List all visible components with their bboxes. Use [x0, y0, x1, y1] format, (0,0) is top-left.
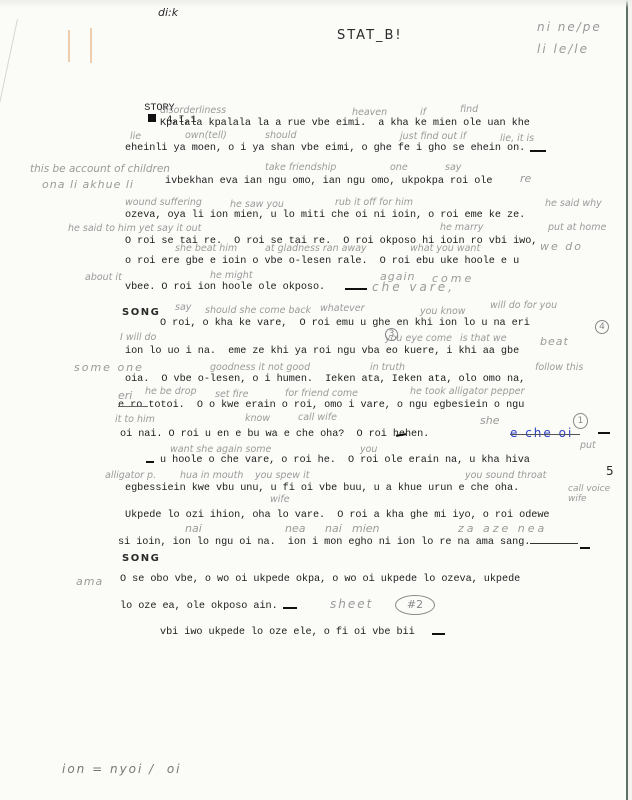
dash-mark — [530, 150, 546, 152]
margin-gloss: about it — [85, 272, 122, 283]
gloss: will do for you — [490, 300, 557, 311]
strikethrough — [118, 406, 148, 407]
song-line-9: si ioin, ion lo ngu oi na. ion i mon egh… — [118, 537, 530, 548]
gloss: za aze nea — [458, 522, 547, 535]
gloss: want she again some — [170, 444, 271, 455]
gloss: if — [420, 107, 426, 118]
gloss: she — [480, 414, 499, 427]
song-line-4: e ro totoi. O o kwe erain o roi, omo i v… — [118, 400, 524, 411]
song-line-1: O roi, o kha ke vare, O roi emu u ghe en… — [160, 318, 530, 329]
gloss: own(tell) — [185, 130, 227, 141]
story-line-4: ozeva, oya li ion mien, u lo miti che oi… — [125, 210, 525, 221]
redaction-mark — [148, 114, 156, 122]
gloss: say — [445, 162, 461, 173]
story-line-1: Kpalala kpalala la a rue vbe eimi. a kha… — [160, 118, 530, 129]
story-line-2: eheinli ya moen, o i ya shan vbe eimi, o… — [125, 143, 525, 154]
paper-crease — [0, 19, 18, 132]
gloss: he saw you — [230, 199, 284, 210]
gloss: nea — [285, 522, 305, 535]
gloss: wound suffering — [125, 197, 202, 208]
margin-gloss: this be account of children — [30, 163, 170, 175]
top-right-note-2: li le/le — [537, 42, 589, 56]
rust-stain — [68, 30, 70, 62]
gloss: he marry — [440, 222, 483, 233]
gloss: should she come back — [205, 305, 311, 316]
gloss: just find out if — [400, 131, 466, 142]
gloss: che vare, — [372, 280, 455, 294]
gloss: he said why — [545, 198, 602, 209]
page-edge-shadow — [0, 0, 632, 8]
dash-mark — [283, 607, 297, 609]
song2-line-3: vbi iwo ukpede lo oze ele, o fi oi vbe b… — [160, 627, 415, 638]
gloss: set fire — [215, 389, 248, 400]
dash-mark — [598, 432, 610, 434]
gloss: call wife — [298, 412, 337, 423]
gloss: at gladness ran away — [265, 243, 367, 254]
song-line-3: oia. O vbe o-lesen, o i humen. Ieken ata… — [125, 374, 525, 385]
gloss: hua in mouth — [180, 470, 243, 481]
gloss: follow this — [535, 362, 583, 373]
gloss: we do — [540, 240, 583, 253]
gloss: know — [245, 413, 270, 424]
circled-number: 4 — [595, 320, 609, 334]
song-line-2: ion lo uo i na. eme ze khi ya roi ngu vb… — [125, 346, 519, 357]
story-line-7: vbee. O roi ion hoole ole okposo. — [125, 282, 325, 293]
dash-mark — [345, 288, 367, 290]
circled-number: 1 — [573, 413, 588, 429]
dash-mark — [432, 633, 445, 635]
gloss: put at home — [548, 222, 606, 233]
gloss: you spew it — [255, 470, 309, 481]
gloss: he took alligator pepper — [410, 386, 525, 397]
bottom-note: ion = nyoi / oi — [62, 762, 182, 776]
song2-line-1: O se obo vbe, o wo oi ukpede okpa, o wo … — [120, 574, 520, 585]
strikethrough — [530, 543, 578, 544]
gloss: put — [580, 440, 596, 451]
gloss: rub it off for him — [335, 197, 413, 208]
gloss: nai — [325, 522, 342, 535]
gloss: heaven — [352, 107, 387, 118]
gloss: take friendship — [265, 162, 336, 173]
gloss: you — [360, 444, 377, 455]
song2-line-2: lo oze ea, ole okposo ain. — [120, 601, 278, 612]
gloss: should — [265, 130, 296, 141]
gloss: you sound throat — [465, 470, 546, 481]
handwritten-title: STAT_B! — [337, 28, 403, 43]
margin-note: ama — [76, 575, 103, 588]
gloss: wife — [270, 494, 290, 505]
manuscript-page: di:k STAT_B! ni ne/pe li le/le STORY 4,I… — [0, 0, 628, 800]
dash-mark — [580, 547, 590, 549]
gloss: nai — [185, 522, 202, 535]
gloss: he might — [210, 270, 253, 281]
circled-number: 3 — [385, 328, 398, 341]
gloss: find — [460, 104, 478, 115]
margin-number: 5 — [606, 464, 614, 478]
gloss: it to him — [115, 414, 155, 425]
gloss: he be drop — [145, 386, 197, 397]
gloss: call voice wife — [568, 484, 628, 504]
gloss: mien — [352, 522, 380, 535]
margin-gloss: alligator p. — [105, 470, 156, 481]
song-label: SONG — [122, 307, 160, 318]
gloss: one — [390, 162, 408, 173]
gloss: what you want — [410, 243, 480, 254]
gloss: I will do — [120, 332, 156, 343]
rust-stain — [90, 28, 92, 63]
song-label: SONG — [122, 553, 160, 564]
song-line-6: u hoole o che vare, o roi he. O roi ole … — [160, 455, 530, 466]
gloss: in truth — [370, 362, 405, 373]
song-line-5: oi nai. O roi u en e bu wa e che oha? O … — [120, 429, 429, 440]
story-line-3: ivbekhan eva ian ngu omo, ian ngu omo, u… — [165, 176, 492, 187]
margin-note: ona li akhue li — [42, 178, 134, 191]
circled-sheet-number: #2 — [395, 595, 435, 615]
story-line-6: o roi ere gbe e ioin o vbe o-lesen rale.… — [125, 256, 519, 267]
gloss: whatever — [320, 303, 365, 314]
gloss: lie — [130, 131, 141, 142]
gloss: say — [175, 302, 191, 313]
gloss: goodness it not good — [210, 362, 310, 373]
margin-gloss: he said to him yet say it out — [68, 223, 201, 234]
strikethrough — [510, 434, 580, 435]
gloss: she beat him — [175, 243, 237, 254]
song-line-8: Ukpede lo ozi ihion, oha lo vare. O roi … — [125, 510, 549, 521]
top-left-note: di:k — [158, 6, 178, 19]
dash-mark — [146, 461, 154, 463]
gloss: disorderliness — [160, 105, 226, 116]
blue-correction: e che oi — [510, 426, 573, 440]
margin-note: some one — [74, 361, 144, 374]
gloss: re — [520, 172, 531, 185]
gloss: for friend come — [285, 388, 358, 399]
gloss: sheet — [330, 597, 373, 611]
gloss: is that we — [460, 333, 507, 344]
top-right-note-1: ni ne/pe — [537, 20, 602, 34]
song-line-7: egbessiein kwe vbu unu, u fi oi vbe buu,… — [125, 483, 519, 494]
gloss: you know — [420, 306, 466, 317]
gloss: beat — [540, 335, 569, 348]
